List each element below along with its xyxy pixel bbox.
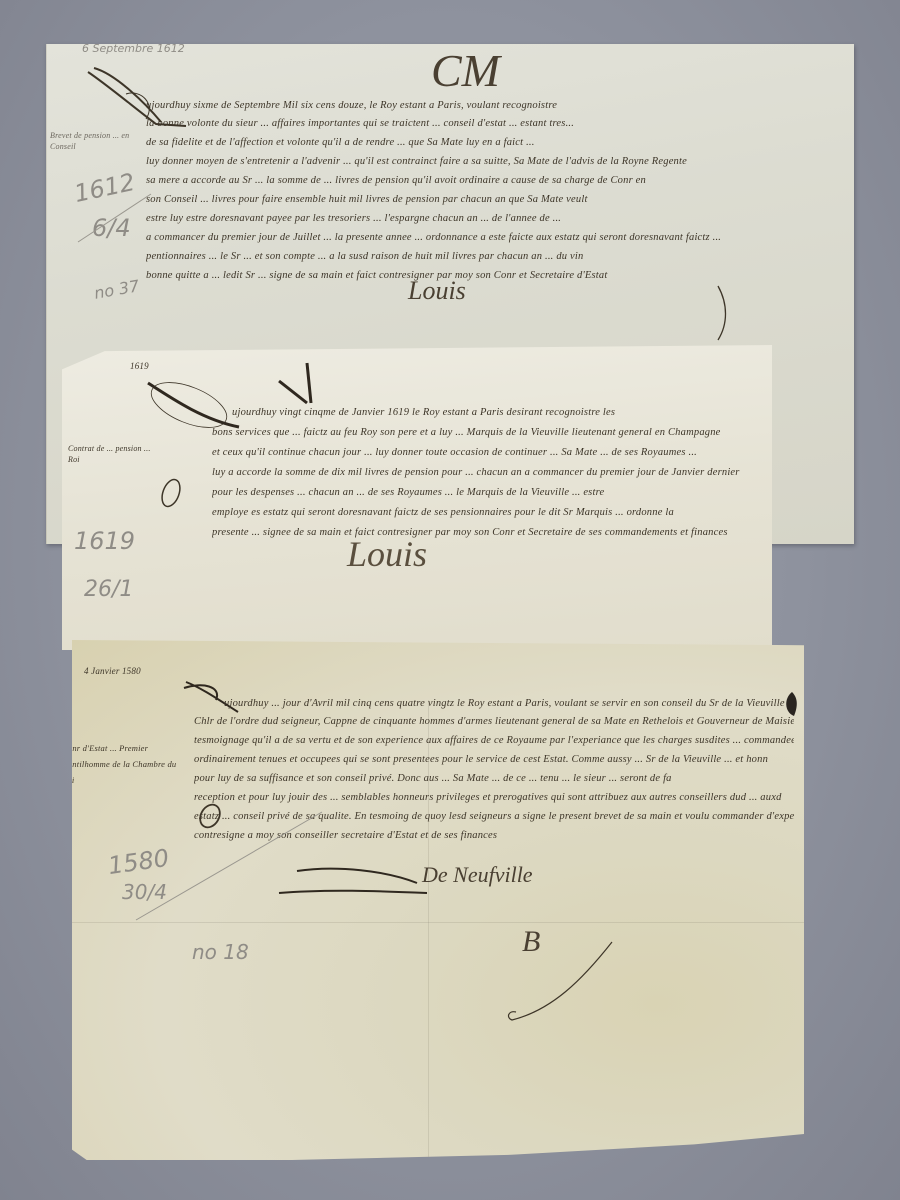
fold-line (428, 700, 429, 1160)
text-line: luy a accorde la somme de dix mil livres… (212, 463, 767, 483)
pencil-number: no 37 (93, 276, 141, 303)
date-note: 4 Janvier 1580 (84, 662, 141, 682)
text-line: et ceux qu'il continue chacun jour ... l… (212, 443, 767, 463)
text-line: ujourdhuy vingt cinqme de Janvier 1619 l… (232, 403, 767, 423)
pencil-number: no 18 (192, 940, 249, 964)
text-line: pentionnaires ... le Sr ... et son compt… (146, 247, 836, 267)
text-line: pour les despenses ... chacun an ... de … (212, 483, 767, 503)
left-margin-note: Conr d'Estat ... Premier Gentilhomme de … (62, 740, 182, 788)
text-line: son Conseil ... livres pour faire ensemb… (146, 190, 836, 210)
left-margin-note: Brevet de pension ... en Conseil (50, 130, 130, 152)
text-line: pour luy de sa suffisance et son conseil… (194, 769, 794, 789)
text-line: Chlr de l'ordre dud seigneur, Cappne de … (194, 712, 794, 732)
text-line: ujourdhuy sixme de Septembre Mil six cen… (146, 96, 836, 116)
text-line: bonne quitte a ... ledit Sr ... signe de… (146, 266, 836, 286)
manuscript-1619: 1619 ujourdhuy vingt cinqme de Janvier 1… (62, 345, 772, 650)
date-note: 6 Septembre 1612 (82, 42, 185, 55)
text-line: sa mere a accorde au Sr ... la somme de … (146, 171, 836, 191)
signature-louis: Louis (408, 276, 466, 306)
signature-de-neufville: De Neufville (422, 862, 533, 888)
paraph-stroke (502, 940, 622, 1030)
text-line: la bonne volonte du sieur ... affaires i… (146, 114, 836, 134)
text-line: a commancer du premier jour de Juillet .… (146, 228, 836, 248)
text-line: employe es estatz qui seront doresnavant… (212, 503, 767, 523)
text-line: ujourdhuy ... jour d'Avril mil cinq cens… (224, 694, 794, 714)
paraph-mark (706, 284, 736, 344)
text-line: bons services que ... faictz au feu Roy … (212, 423, 767, 443)
signature-louis: Louis (347, 533, 427, 575)
wax-seal-mark (157, 475, 187, 515)
text-line: ordinairement tenues et occupees qui se … (194, 750, 794, 770)
left-margin-note: Contrat de ... pension ... Roi (68, 443, 153, 465)
date-note: 1619 (130, 357, 149, 377)
pencil-ref: 26/1 (84, 577, 133, 602)
text-line: estre luy estre doresnavant payee par le… (146, 209, 836, 229)
manuscript-1580: 4 Janvier 1580 ujourdhuy ... jour d'Avri… (72, 640, 804, 1160)
text-line: presente ... signee de sa main et faict … (212, 523, 767, 543)
pencil-slash (132, 810, 332, 930)
text-line: de sa fidelite et de l'affection et volo… (146, 133, 836, 153)
pencil-year: 1619 (74, 527, 135, 555)
text-line: reception et pour luy jouir des ... semb… (194, 788, 794, 808)
text-line: tesmoignage qu'il a de sa vertu et de so… (194, 731, 794, 751)
pencil-slash (76, 184, 156, 244)
text-line: luy donner moyen de s'entretenir a l'adv… (146, 152, 836, 172)
heading-monogram: CM (431, 48, 500, 94)
